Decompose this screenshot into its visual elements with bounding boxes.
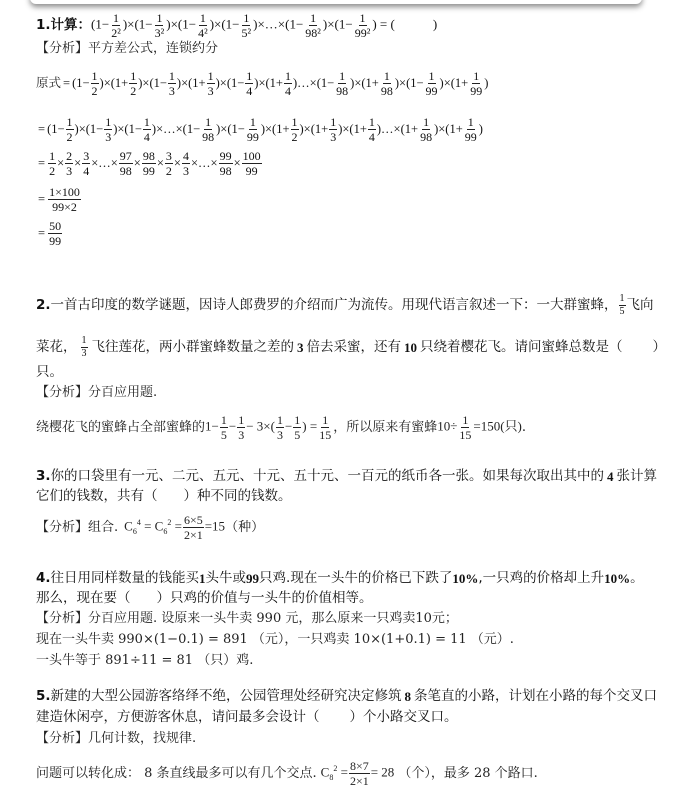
problem-4-solution-line-2: 一头牛等于 891÷11 = 81 （只）鸡. [36, 654, 253, 667]
problem-3-question-line-1: 3. 你的口袋里有一元、二元、五元、十元、五十元、一百元的纸币各一张。如果每次取… [36, 470, 657, 484]
problem-2-solution: 绕樱花飞的蜜蜂占全部蜜蜂的 1−15−13− 3×(13−15) =115 ，所… [36, 414, 526, 441]
problem-2-analysis: 【分析】 分百应用题. [36, 386, 157, 399]
problem-3-analysis: 【分析】 组合. C64 = C62 =6×52×1=15 （种） [36, 514, 264, 541]
problem-number: 2. [36, 299, 51, 313]
problem-4-solution-line-1: 现在一头牛卖 990×(1−0.1) = 891 （元），一只鸡卖 10×(1+… [36, 633, 514, 646]
problem-5-solution: 问题可以转化成： 8 条直线最多可以有几个交点. C82 =8×72×1= 28… [36, 760, 538, 787]
problem-1-question: 1. 计算： (1−12²)×(1−13²)×(1−14²)×(1−15²)×…… [36, 12, 437, 39]
problem-1-analysis: 【分析】 平方差公式，连锁约分 [36, 42, 218, 55]
analysis-text: 平方差公式，连锁约分 [88, 42, 218, 55]
problem-5-question-line-2: 建造休闲亭，方便游客休息，请问最多会设计（）个小路交叉口。 [36, 711, 458, 725]
problem-1-step-1: 原式=(1−12)×(1+12)×(1−13)×(1+13)×(1−14)×(1… [36, 70, 488, 97]
problem-4-question-line-2: 那么，现在要（）只鸡的价值与一头牛的价值相等。 [36, 592, 373, 606]
problem-5-question-line-1: 5. 新建的大型公园游客络绎不绝，公园管理处经研究决定修筑8条笔直的小路，计划在… [36, 690, 657, 704]
problem-1-step-4: =1×10099×2 [36, 186, 82, 213]
page-top-shadow [30, 0, 642, 4]
problem-5-analysis: 【分析】 几何计数，找规律. [36, 732, 196, 745]
problem-label: 计算： [51, 19, 92, 33]
problem-2-question-line-3: 只。 [36, 366, 63, 380]
problem-number: 1. [36, 19, 51, 33]
problem-4-analysis: 【分析】 分百应用题. 设原来一头牛卖 990 元，那么原来一只鸡卖10元； [36, 612, 458, 625]
analysis-tag: 【分析】 [36, 42, 88, 55]
problem-1-step-2: =(1−12)×(1−13)×(1−14)×…×(1−198)×(1−199)×… [36, 116, 483, 143]
problem-4-question-line-1: 4. 往日用同样数量的钱能买1头牛或99只鸡.现在一头牛的价格已下跌了10%,一… [36, 572, 644, 586]
math-expression: (1−12²)×(1−13²)×(1−14²)×(1−15²)×…×(1−198… [91, 12, 437, 39]
problem-3-question-line-2: 它们的钱数，共有（）种不同的钱数。 [36, 490, 292, 504]
problem-1-step-5: =50/995099 [36, 220, 63, 247]
problem-2-question-line-2: 菜花， 13 飞往莲花，两小群蜜蜂数量之差的 3 倍去采蜜，还有 10 只绕着樱… [36, 336, 666, 359]
problem-1-step-3: =12×23×34×…×9798×9899×32×43×…×9998×10099 [36, 150, 263, 177]
problem-2-question-line-1: 2. 一首古印度的数学谜题，因诗人郎费罗的介绍而广为流传。用现代语言叙述一下：一… [36, 294, 654, 317]
